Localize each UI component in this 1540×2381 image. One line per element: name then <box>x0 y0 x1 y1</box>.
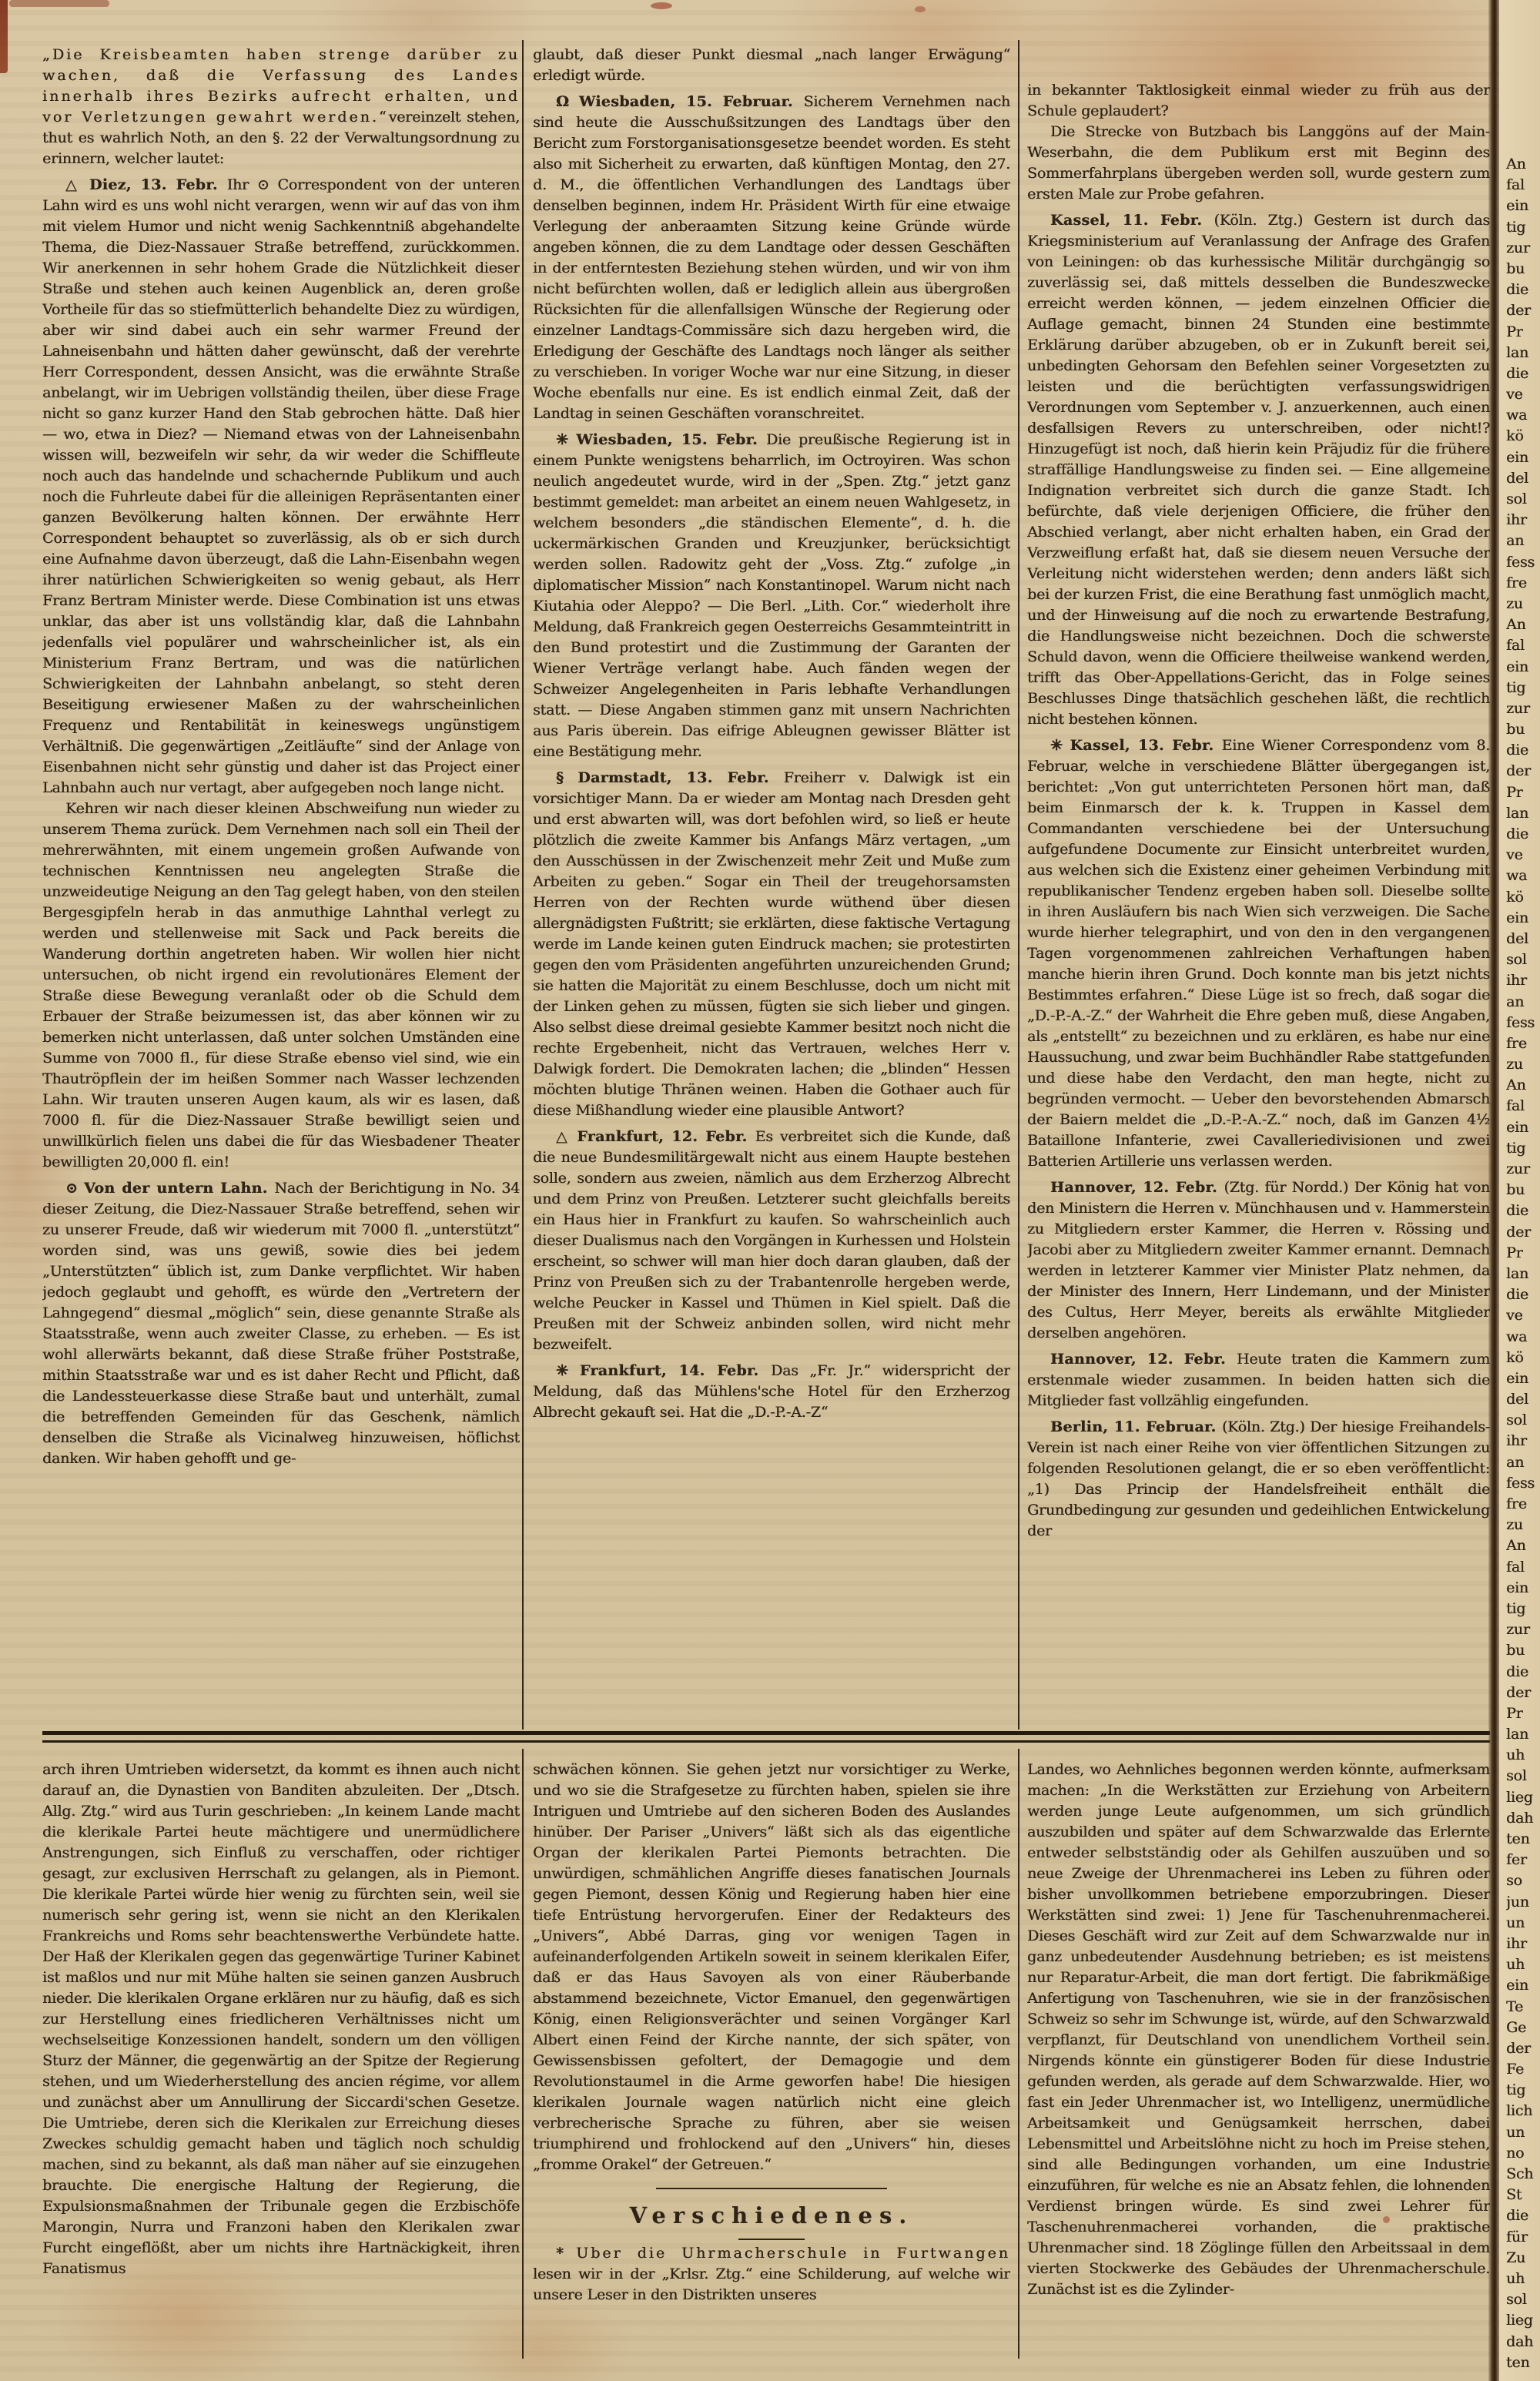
edge-line-fragment: wa <box>1506 1327 1540 1348</box>
column-rule <box>1018 40 1019 1730</box>
column-rule <box>522 1749 524 2359</box>
edge-line-fragment: tig <box>1506 1599 1540 1619</box>
page-edge-mark <box>0 0 8 73</box>
edge-line-fragment: bu <box>1506 259 1540 280</box>
section-divider-double-rule <box>42 1731 1490 1743</box>
dateline: Frankfurt, 12. Febr. <box>577 1128 755 1145</box>
dateline: Von der untern Lahn. <box>84 1180 274 1197</box>
paragraph: in bekannter Taktlosigkeit einmal wieder… <box>1027 80 1490 122</box>
news-item: ✳ Kassel, 13. Febr. Eine Wiener Correspo… <box>1027 735 1490 1172</box>
edge-line-fragment: bu <box>1506 1640 1540 1661</box>
lower-column-1: arch ihren Umtrieben widersetzt, da komm… <box>42 1760 520 2366</box>
edge-line-fragment: Pr <box>1506 322 1540 343</box>
edge-line-fragment: An <box>1506 1075 1540 1096</box>
heading-rule-top <box>656 2188 887 2189</box>
edge-line-fragment: sol <box>1506 489 1540 510</box>
edge-line-fragment: del <box>1506 1389 1540 1410</box>
heading-rule-bottom <box>738 2239 805 2240</box>
edge-line-fragment: Pr <box>1506 1703 1540 1724</box>
edge-line-fragment: zu <box>1506 594 1540 615</box>
edge-line-fragment: lieg <box>1506 1787 1540 1808</box>
edge-line-fragment: sol <box>1506 949 1540 970</box>
edge-line-fragment: fer <box>1506 1850 1540 1870</box>
item-symbol: Ω <box>556 93 579 110</box>
news-item: § Darmstadt, 13. Febr. Freiherr v. Dalwi… <box>533 768 1010 1121</box>
item-symbol: ✳ <box>1050 737 1070 754</box>
edge-line-fragment: die <box>1506 2205 1540 2226</box>
edge-line-fragment: zu <box>1506 1515 1540 1535</box>
letterspaced-text: „Die Kreisbeamten haben strenge darüber … <box>42 46 520 126</box>
edge-line-fragment: uh <box>1506 1745 1540 1766</box>
edge-line-fragment: sol <box>1506 2289 1540 2310</box>
news-item: ⊙ Von der untern Lahn. Nach der Berichti… <box>42 1178 520 1469</box>
item-symbol: § <box>556 769 577 786</box>
edge-line-fragment: Pr <box>1506 782 1540 803</box>
lower-column-2: schwächen können. Sie gehen jetzt nur vo… <box>533 1760 1010 2366</box>
paragraph: Kehren wir nach dieser kleinen Abschweif… <box>42 799 520 1173</box>
paragraph: „Die Kreisbeamten haben strenge darüber … <box>42 45 520 169</box>
edge-line-fragment: lich <box>1506 2101 1540 2121</box>
edge-line-fragment: ten <box>1506 2353 1540 2373</box>
dateline: Kassel, 11. Febr. <box>1050 212 1214 229</box>
edge-line-fragment: fal <box>1506 175 1540 196</box>
item-symbol: ⊙ <box>65 1180 84 1197</box>
news-item: Hannover, 12. Febr. Heute traten die Kam… <box>1027 1349 1490 1412</box>
edge-line-fragment: An <box>1506 615 1540 635</box>
dateline: Frankfurt, 14. Febr. <box>580 1362 771 1379</box>
edge-line-fragment: ein <box>1506 1368 1540 1389</box>
edge-line-fragment: tig <box>1506 678 1540 698</box>
dateline: Kassel, 13. Febr. <box>1070 737 1221 754</box>
edge-line-fragment: lan <box>1506 1724 1540 1745</box>
edge-line-fragment: fess <box>1506 1473 1540 1494</box>
edge-line-fragment: An <box>1506 154 1540 175</box>
edge-line-fragment: un <box>1506 2122 1540 2143</box>
dateline: Hannover, 12. Febr. <box>1050 1179 1224 1196</box>
edge-line-fragment: zur <box>1506 238 1540 259</box>
edge-line-fragment: zur <box>1506 1159 1540 1180</box>
edge-line-fragment: tig <box>1506 2080 1540 2101</box>
dateline: Hannover, 12. Febr. <box>1050 1351 1237 1368</box>
page-fold-gutter <box>1488 0 1499 2381</box>
column-rule <box>1018 1749 1019 2359</box>
dateline: Wiesbaden, 15. Februar. <box>579 93 804 110</box>
paper-stain <box>9 0 109 7</box>
edge-line-fragment: der <box>1506 1222 1540 1243</box>
paragraph: * Uber die Uhrmacherschule in Furtwangen… <box>533 2243 1010 2306</box>
edge-line-fragment: die <box>1506 1662 1540 1683</box>
edge-line-fragment: ihr <box>1506 1431 1540 1452</box>
lower-column-3: Landes, wo Aehnliches begonnen werden kö… <box>1027 1760 1490 2366</box>
dateline: Wiesbaden, 15. Febr. <box>576 431 766 448</box>
edge-line-fragment: Ge <box>1506 2018 1540 2038</box>
edge-line-fragment: fre <box>1506 1033 1540 1054</box>
edge-line-fragment: der <box>1506 761 1540 782</box>
paragraph: glaubt, daß dieser Punkt diesmal „nach l… <box>533 45 1010 86</box>
edge-line-fragment: der <box>1506 1683 1540 1703</box>
edge-line-fragment: die <box>1506 740 1540 761</box>
edge-line-fragment: ein <box>1506 1578 1540 1599</box>
edge-line-fragment: del <box>1506 929 1540 949</box>
edge-line-fragment: tig <box>1506 1138 1540 1159</box>
edge-line-fragment: ihr <box>1506 970 1540 991</box>
column-rule <box>522 40 524 1730</box>
section-heading: Verschiedenes. <box>533 2200 1010 2231</box>
edge-line-fragment: die <box>1506 280 1540 300</box>
upper-column-3: in bekannter Taktlosigkeit einmal wieder… <box>1027 45 1490 1726</box>
edge-line-fragment: kö <box>1506 887 1540 908</box>
dateline: Diez, 13. Febr. <box>89 176 227 193</box>
edge-line-fragment: der <box>1506 300 1540 321</box>
edge-line-fragment: fal <box>1506 635 1540 656</box>
edge-line-fragment: Te <box>1506 1997 1540 2018</box>
paragraph: Landes, wo Aehnliches begonnen werden kö… <box>1027 1760 1490 2300</box>
edge-line-fragment: die <box>1506 1201 1540 1221</box>
edge-line-fragment: zur <box>1506 1619 1540 1640</box>
edge-line-fragment: die <box>1506 363 1540 384</box>
edge-line-fragment: ein <box>1506 1117 1540 1138</box>
item-symbol: △ <box>65 176 89 193</box>
edge-line-fragment: wa <box>1506 866 1540 886</box>
news-item: Kassel, 11. Febr. (Köln. Ztg.) Gestern i… <box>1027 210 1490 730</box>
edge-line-fragment: kö <box>1506 1348 1540 1368</box>
news-item: ✳ Wiesbaden, 15. Febr. Die preußische Re… <box>533 430 1010 762</box>
edge-line-fragment: kö <box>1506 426 1540 447</box>
edge-line-fragment: ve <box>1506 845 1540 866</box>
edge-line-fragment: uh <box>1506 2269 1540 2289</box>
edge-line-fragment: ein <box>1506 196 1540 216</box>
edge-line-fragment: ein <box>1506 908 1540 929</box>
edge-line-fragment: bu <box>1506 1180 1540 1201</box>
edge-line-fragment: an <box>1506 531 1540 551</box>
edge-line-fragment: ve <box>1506 1305 1540 1326</box>
edge-line-fragment: Zu <box>1506 2248 1540 2269</box>
news-item: Ω Wiesbaden, 15. Februar. Sicherem Verne… <box>533 92 1010 424</box>
news-item: Hannover, 12. Febr. (Ztg. für Nordd.) De… <box>1027 1177 1490 1344</box>
edge-line-fragment: dah <box>1506 2332 1540 2353</box>
item-symbol: * <box>556 2245 576 2262</box>
edge-line-fragment: an <box>1506 992 1540 1013</box>
news-item: △ Frankfurt, 12. Febr. Es verbreitet sic… <box>533 1127 1010 1355</box>
edge-line-fragment: sol <box>1506 1766 1540 1787</box>
paper-stain <box>651 2 672 9</box>
cutoff-edge-column: AnfaleintigzurbudiederPrlandievewaköeind… <box>1506 0 1540 2381</box>
edge-line-fragment: zu <box>1506 1054 1540 1075</box>
edge-line-fragment: an <box>1506 1452 1540 1473</box>
edge-line-fragment: die <box>1506 824 1540 845</box>
newspaper-page: „Die Kreisbeamten haben strenge darüber … <box>0 0 1540 2381</box>
edge-line-fragment: Pr <box>1506 1243 1540 1264</box>
news-item: Berlin, 11. Februar. (Köln. Ztg.) Der hi… <box>1027 1417 1490 1542</box>
dateline: Darmstadt, 13. Febr. <box>577 769 783 786</box>
news-item: ✳ Frankfurt, 14. Febr. Das „Fr. Jr.“ wid… <box>533 1361 1010 1423</box>
edge-line-fragment: zur <box>1506 698 1540 719</box>
edge-line-fragment: bu <box>1506 719 1540 740</box>
edge-line-fragment: St <box>1506 2185 1540 2205</box>
edge-line-fragment: lan <box>1506 1264 1540 1284</box>
upper-column-2: glaubt, daß dieser Punkt diesmal „nach l… <box>533 45 1010 1726</box>
edge-line-fragment: dah <box>1506 1808 1540 1829</box>
edge-line-fragment: lan <box>1506 803 1540 824</box>
edge-line-fragment: wa <box>1506 405 1540 426</box>
edge-line-fragment: ten <box>1506 1829 1540 1850</box>
paragraph: Die Strecke von Butzbach bis Langgöns au… <box>1027 122 1490 205</box>
edge-line-fragment: ein <box>1506 1975 1540 1996</box>
edge-line-fragment: lieg <box>1506 2310 1540 2331</box>
edge-line-fragment: jun <box>1506 1892 1540 1913</box>
edge-line-fragment: Fe <box>1506 2059 1540 2080</box>
edge-line-fragment: ve <box>1506 384 1540 405</box>
item-symbol: △ <box>556 1128 577 1145</box>
edge-line-fragment: fal <box>1506 1096 1540 1117</box>
upper-column-1: „Die Kreisbeamten haben strenge darüber … <box>42 45 520 1726</box>
edge-line-fragment: An <box>1506 1535 1540 1556</box>
edge-line-fragment: Sch <box>1506 2164 1540 2185</box>
edge-line-fragment: fal <box>1506 1557 1540 1578</box>
edge-line-fragment: uh <box>1506 1954 1540 1975</box>
edge-line-fragment: tig <box>1506 217 1540 238</box>
edge-line-fragment: für <box>1506 2227 1540 2248</box>
edge-line-fragment: ihr <box>1506 1934 1540 1954</box>
news-item: △ Diez, 13. Febr. Ihr ⊙ Correspondent vo… <box>42 175 520 799</box>
edge-line-fragment: die <box>1506 1284 1540 1305</box>
edge-line-fragment: del <box>1506 468 1540 489</box>
edge-line-fragment: fre <box>1506 573 1540 594</box>
item-symbol: ✳ <box>556 1362 580 1379</box>
edge-line-fragment: ein <box>1506 447 1540 468</box>
edge-line-fragment: ein <box>1506 657 1540 678</box>
edge-line-fragment: fess <box>1506 552 1540 573</box>
letterspaced-text: Uber die Uhrmacherschule in Furtwangen <box>576 2245 1010 2262</box>
edge-line-fragment: sol <box>1506 1410 1540 1431</box>
edge-line-fragment: lan <box>1506 343 1540 363</box>
edge-line-fragment: ihr <box>1506 510 1540 531</box>
edge-line-fragment: no <box>1506 2143 1540 2164</box>
edge-line-fragment: un <box>1506 1913 1540 1934</box>
paragraph: schwächen können. Sie gehen jetzt nur vo… <box>533 1760 1010 2175</box>
item-symbol: ✳ <box>556 431 576 448</box>
dateline: Berlin, 11. Februar. <box>1050 1418 1222 1435</box>
paper-stain <box>915 6 926 12</box>
edge-line-fragment: fre <box>1506 1494 1540 1515</box>
edge-line-fragment: fess <box>1506 1013 1540 1033</box>
paragraph: arch ihren Umtrieben widersetzt, da komm… <box>42 1760 520 2279</box>
edge-line-fragment: so <box>1506 1870 1540 1891</box>
edge-line-fragment: der <box>1506 2038 1540 2059</box>
